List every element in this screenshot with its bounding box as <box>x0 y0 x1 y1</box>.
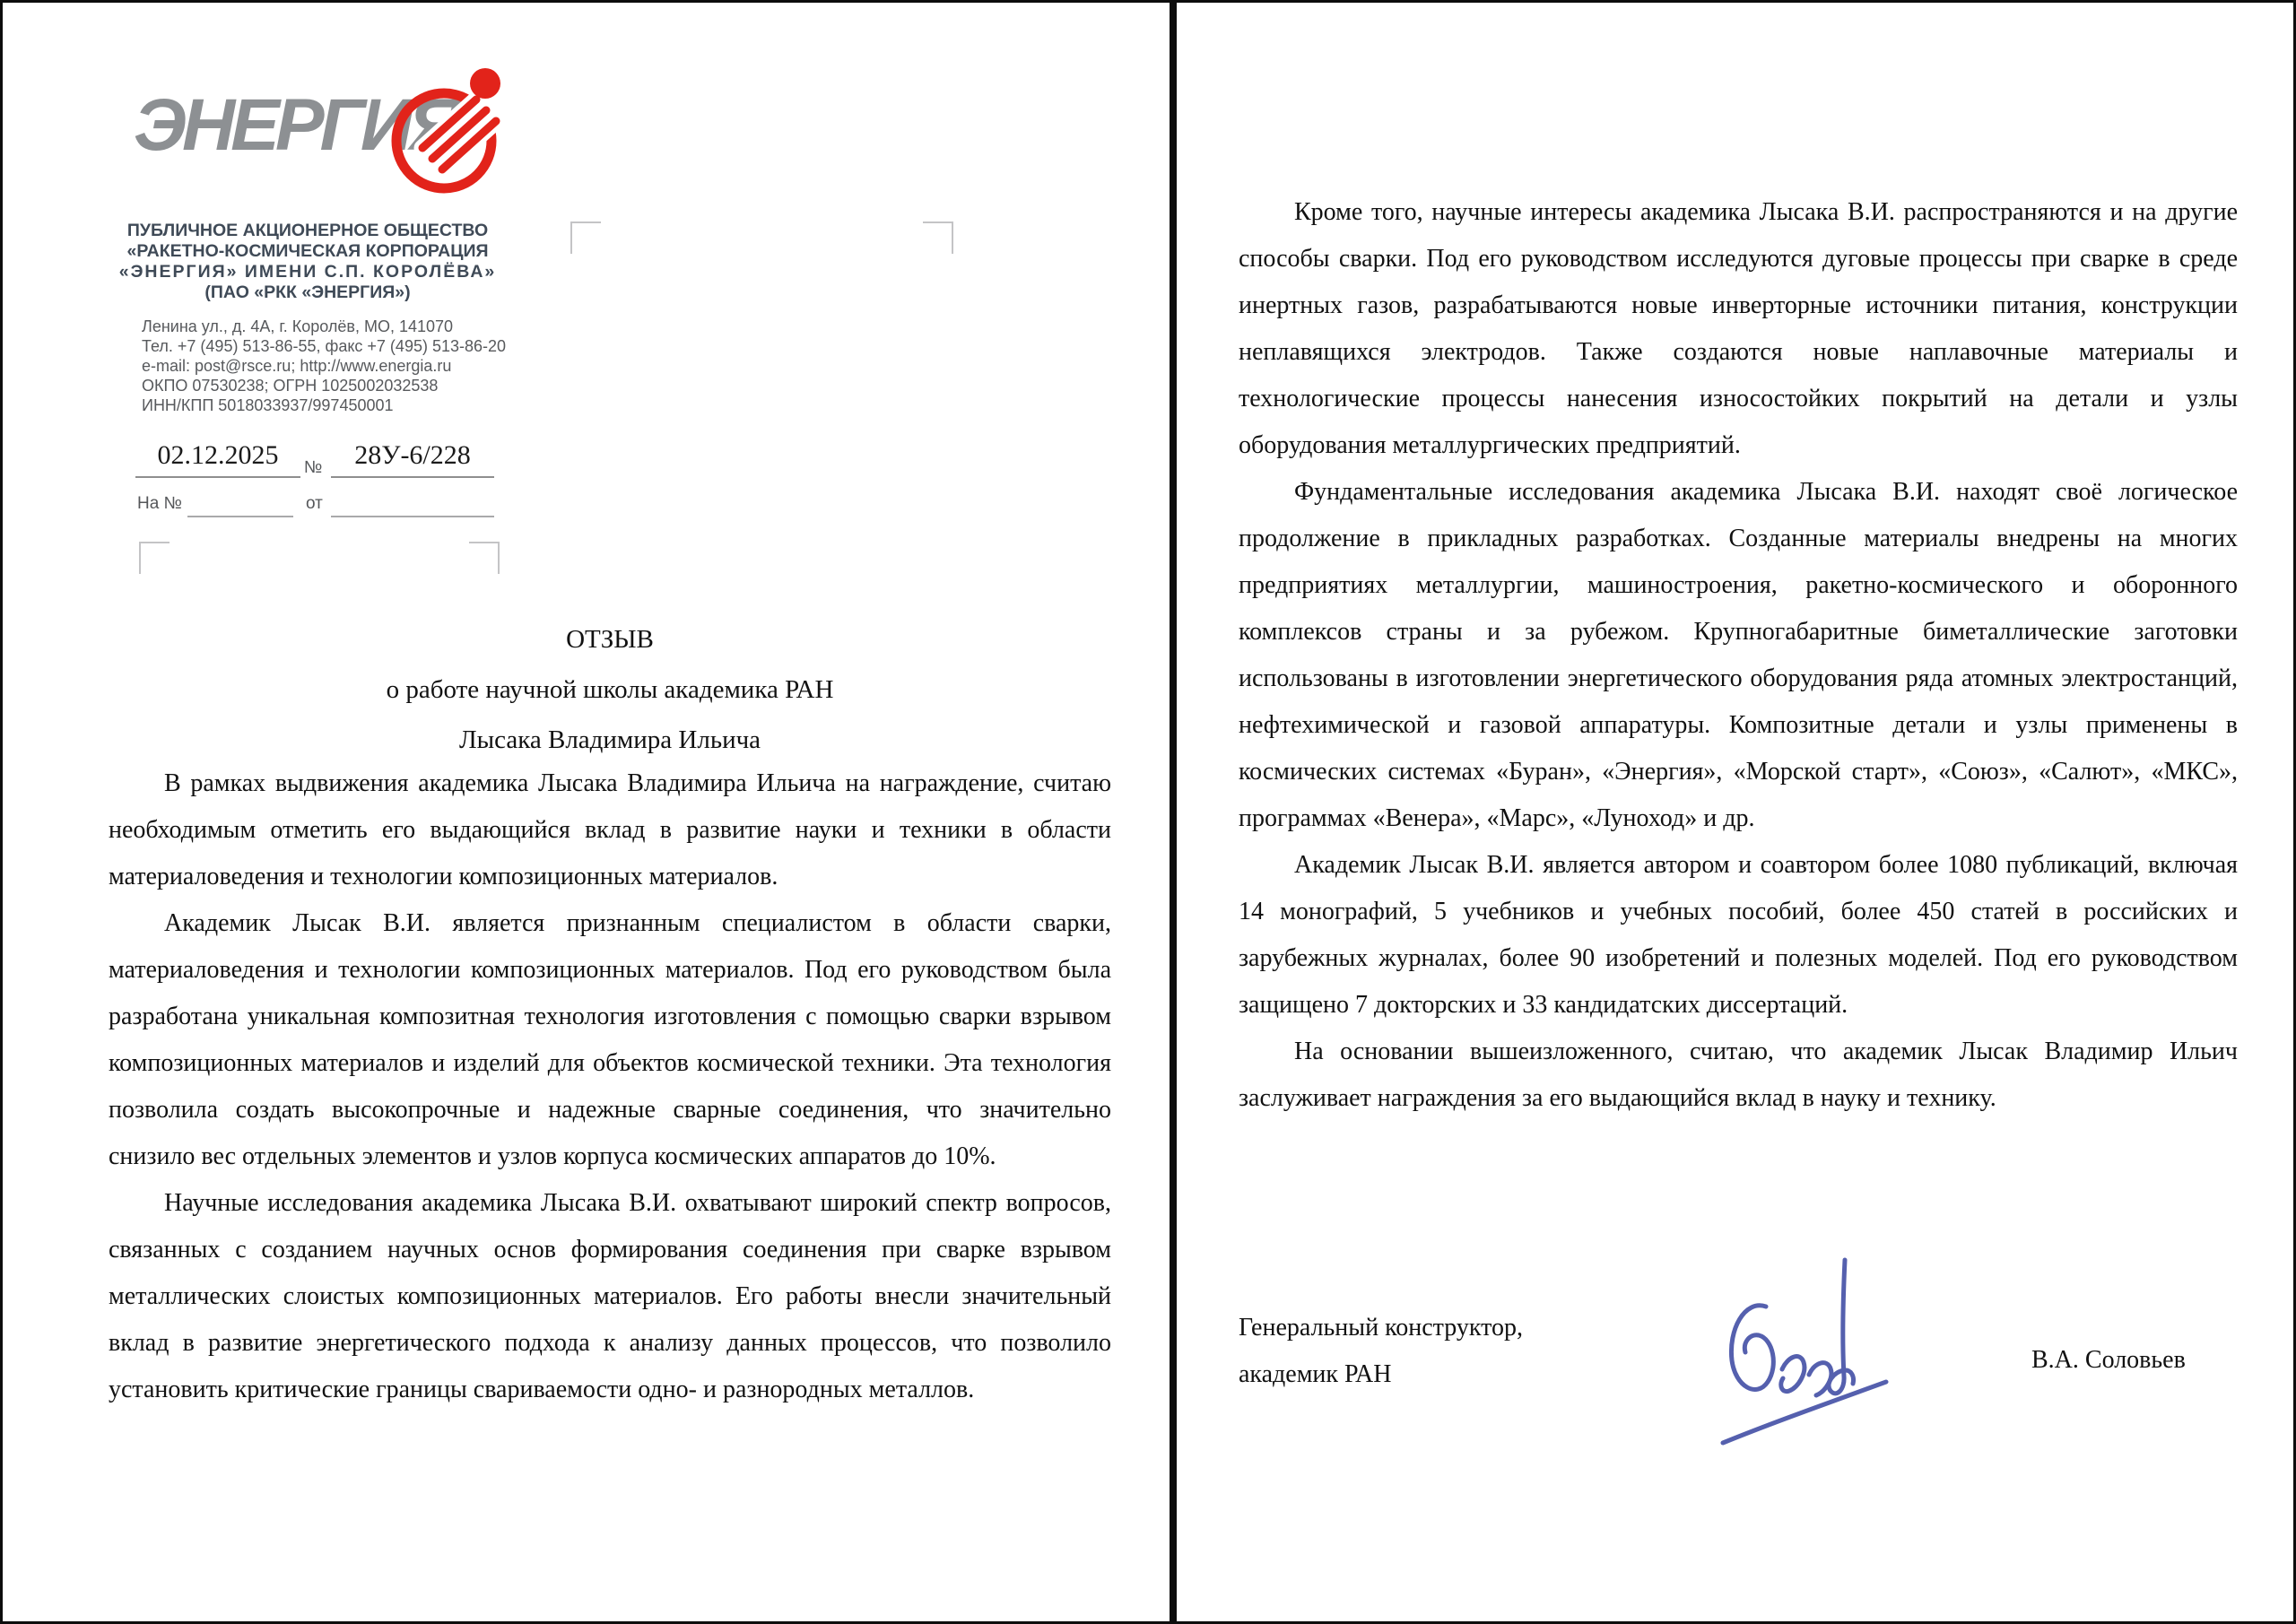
number-sign-label: № <box>304 458 322 478</box>
letter-scan: ЭНЕРГИЯ ПУБЛИЧНОЕ АКЦИОНЕРНОЕ ОБЩЕСТВО «… <box>0 0 2296 1624</box>
org-line: ПУБЛИЧНОЕ АКЦИОНЕРНОЕ ОБЩЕСТВО <box>110 221 505 241</box>
handwritten-signature <box>1709 1251 1910 1462</box>
email-line: e-mail: post@rsce.ru; http://www.energia… <box>142 356 572 376</box>
letter-body-page-2: Кроме того, научные интересы академика Л… <box>1239 189 2238 1122</box>
page-divider <box>1170 3 1177 1624</box>
letter-number: 28У-6/228 <box>331 440 494 478</box>
org-line: (ПАО «РКК «ЭНЕРГИЯ») <box>110 282 505 303</box>
org-name-block: ПУБЛИЧНОЕ АКЦИОНЕРНОЕ ОБЩЕСТВО «РАКЕТНО-… <box>110 221 505 303</box>
corner-mark <box>139 542 170 574</box>
paragraph: Фундаментальные исследования академика Л… <box>1239 469 2238 842</box>
phone-line: Тел. +7 (495) 513-86-55, факс +7 (495) 5… <box>142 336 572 356</box>
org-line: «ЭНЕРГИЯ» ИМЕНИ С.П. КОРОЛЁВА» <box>110 262 505 282</box>
paragraph: Академик Лысак В.И. является автором и с… <box>1239 842 2238 1029</box>
sputnik-icon <box>385 58 519 202</box>
org-line: «РАКЕТНО-КОСМИЧЕСКАЯ КОРПОРАЦИЯ <box>110 241 505 262</box>
reply-date-blank <box>331 494 494 517</box>
paragraph: В рамках выдвижения академика Лысака Вла… <box>109 760 1111 900</box>
reply-from-label: от <box>306 494 323 514</box>
signer-role-line: академик РАН <box>1239 1351 1523 1398</box>
paragraph: Научные исследования академика Лысака В.… <box>109 1180 1111 1413</box>
contact-block: Ленина ул., д. 4А, г. Королёв, МО, 14107… <box>142 317 572 415</box>
corner-mark <box>570 221 601 254</box>
address-line: Ленина ул., д. 4А, г. Королёв, МО, 14107… <box>142 317 572 336</box>
paragraph: На основании вышеизложенного, считаю, чт… <box>1239 1029 2238 1122</box>
corner-mark <box>469 542 500 574</box>
signer-role: Генеральный конструктор, академик РАН <box>1239 1305 1523 1398</box>
letter-title-block: ОТЗЫВ о работе научной школы академика Р… <box>109 614 1111 765</box>
reply-to-label: На № <box>137 494 182 514</box>
title-line: о работе научной школы академика РАН <box>109 664 1111 715</box>
title-line: Лысака Владимира Ильича <box>109 715 1111 765</box>
letter-body-page-1: В рамках выдвижения академика Лысака Вла… <box>109 760 1111 1413</box>
paragraph: Кроме того, научные интересы академика Л… <box>1239 189 2238 469</box>
signer-role-line: Генеральный конструктор, <box>1239 1305 1523 1351</box>
title-line: ОТЗЫВ <box>109 614 1111 664</box>
letter-date: 02.12.2025 <box>135 440 300 478</box>
inn-line: ИНН/КПП 5018033937/997450001 <box>142 395 572 415</box>
corner-mark <box>923 221 953 254</box>
paragraph: Академик Лысак В.И. является признанным … <box>109 900 1111 1180</box>
reply-number-blank <box>187 494 293 517</box>
signer-name: В.А. Соловьев <box>2031 1346 2186 1375</box>
okpo-line: ОКПО 07530238; ОГРН 1025002032538 <box>142 376 572 395</box>
